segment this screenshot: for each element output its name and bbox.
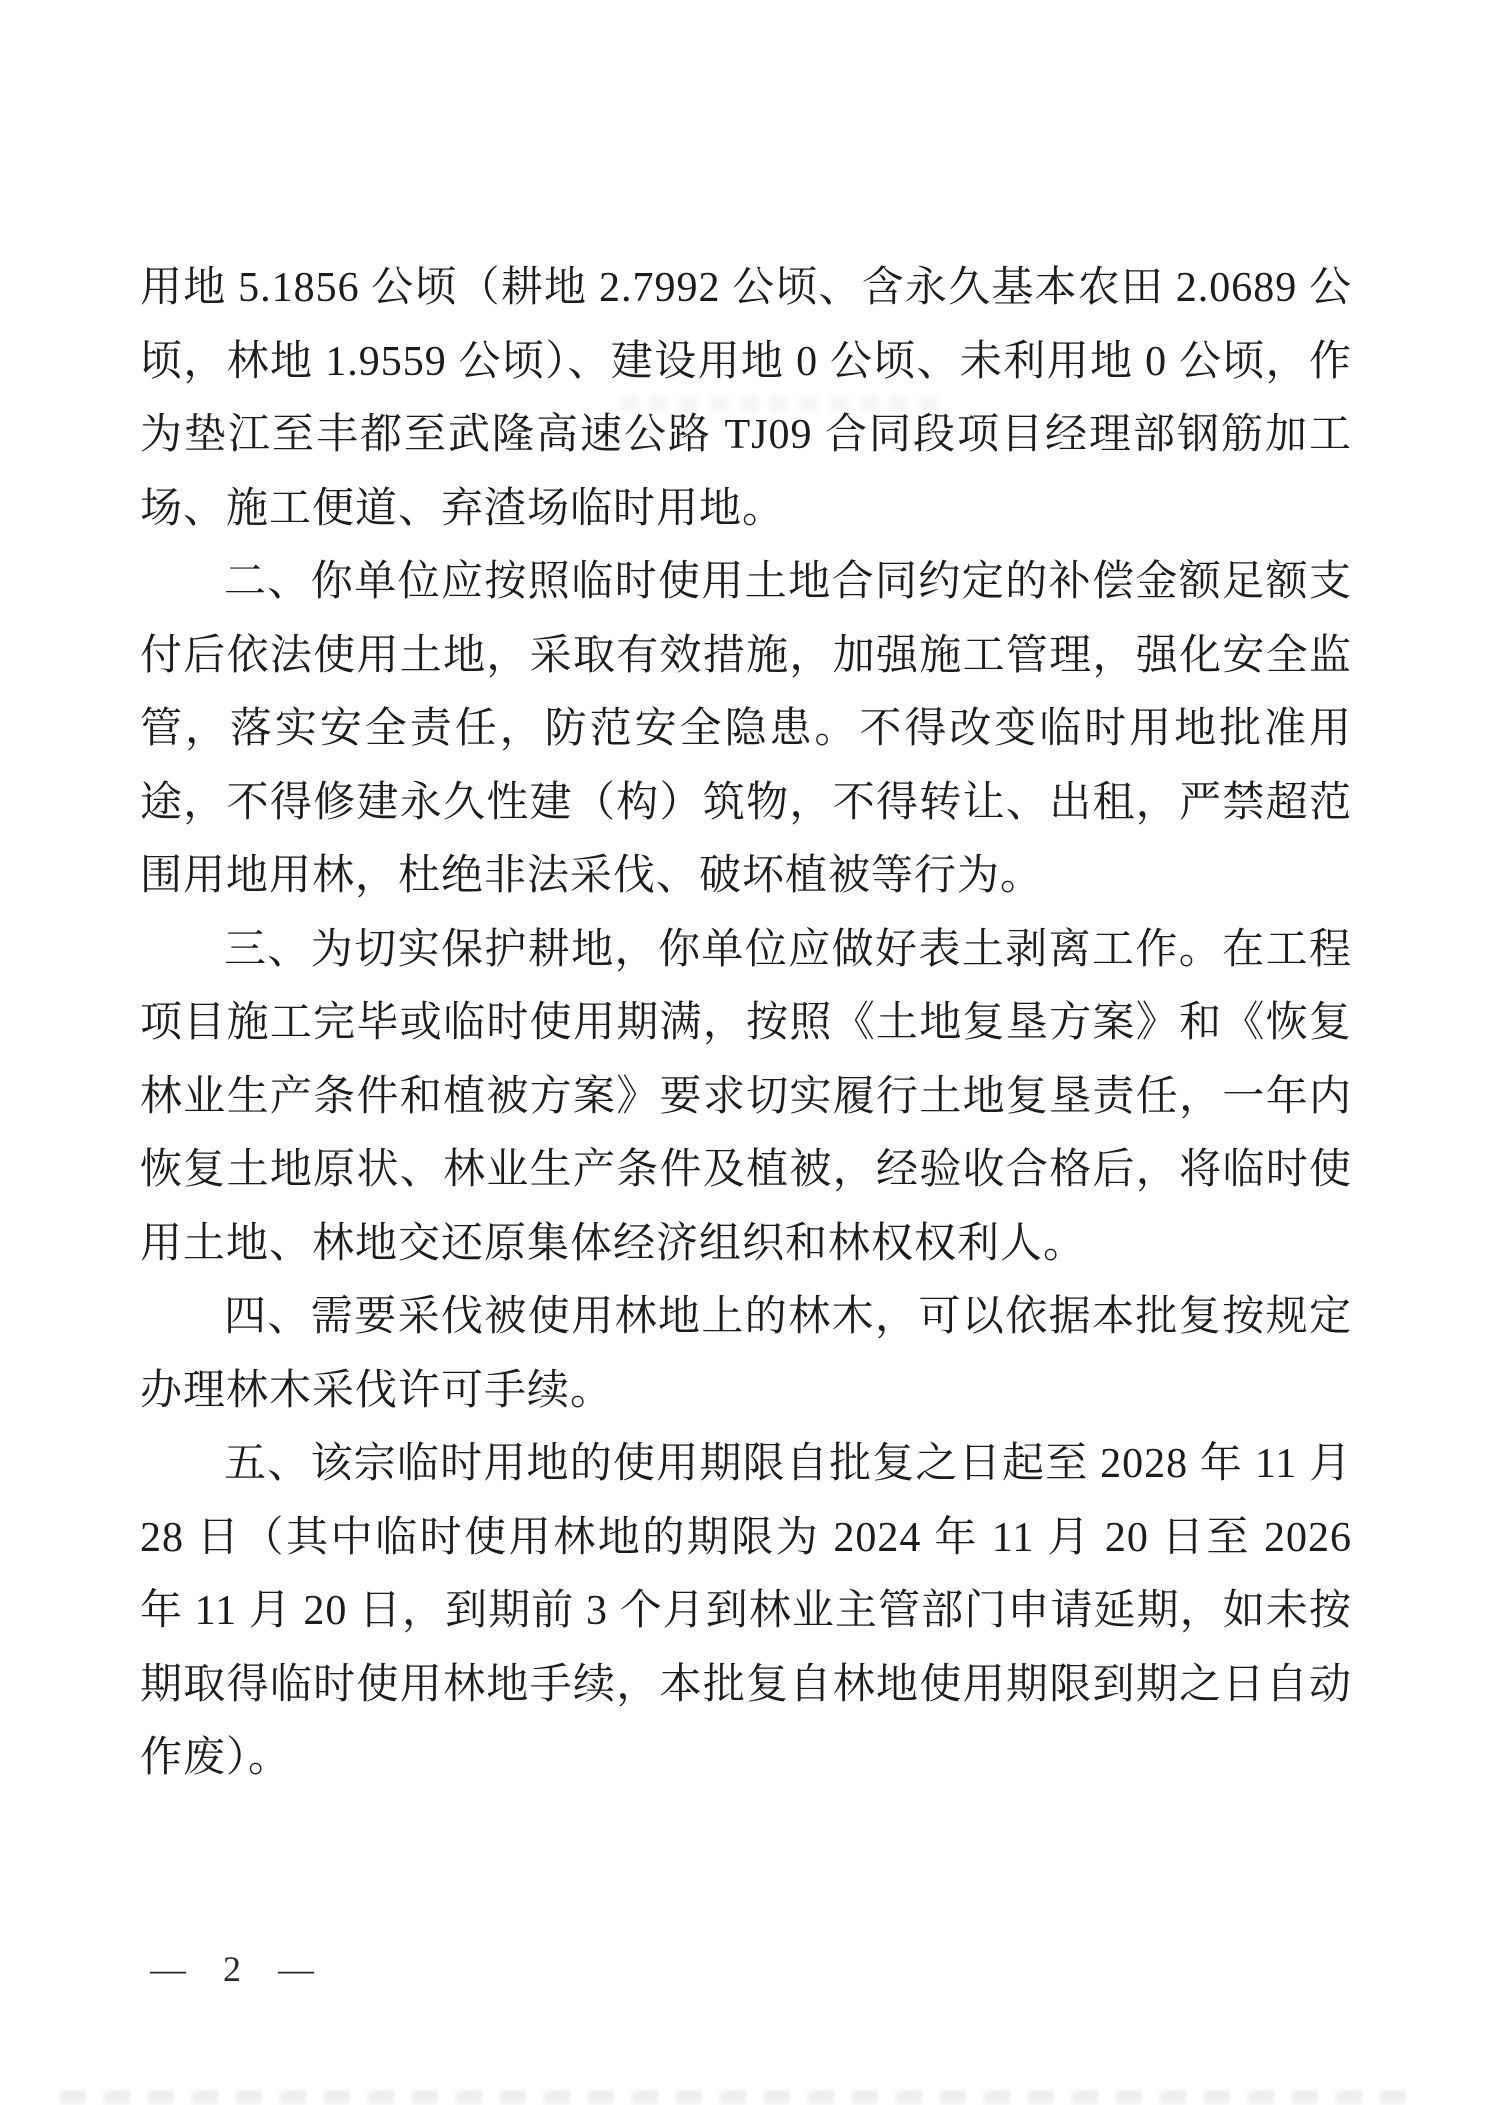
paragraph: 五、该宗临时用地的使用期限自批复之日起至 2028 年 11 月 28 日（其中… [140,1428,1352,1796]
paragraph: 三、为切实保护耕地，你单位应做好表土剥离工作。在工程项目施工完毕或临时使用期满，… [140,914,1352,1282]
document-page: 用地 5.1856 公顷（耕地 2.7992 公顷、含永久基本农田 2.0689… [0,0,1488,2105]
paragraph: 二、你单位应按照临时使用土地合同约定的补偿金额足额支付后依法使用土地，采取有效措… [140,546,1352,914]
page-number: — 2 — [150,1948,328,1990]
paragraph: 四、需要采伐被使用林地上的林木，可以依据本批复按规定办理林木采伐许可手续。 [140,1281,1352,1428]
document-body: 用地 5.1856 公顷（耕地 2.7992 公顷、含永久基本农田 2.0689… [140,252,1352,1796]
scan-artifact-bottom [60,2090,1420,2104]
paragraph: 用地 5.1856 公顷（耕地 2.7992 公顷、含永久基本农田 2.0689… [140,252,1352,546]
